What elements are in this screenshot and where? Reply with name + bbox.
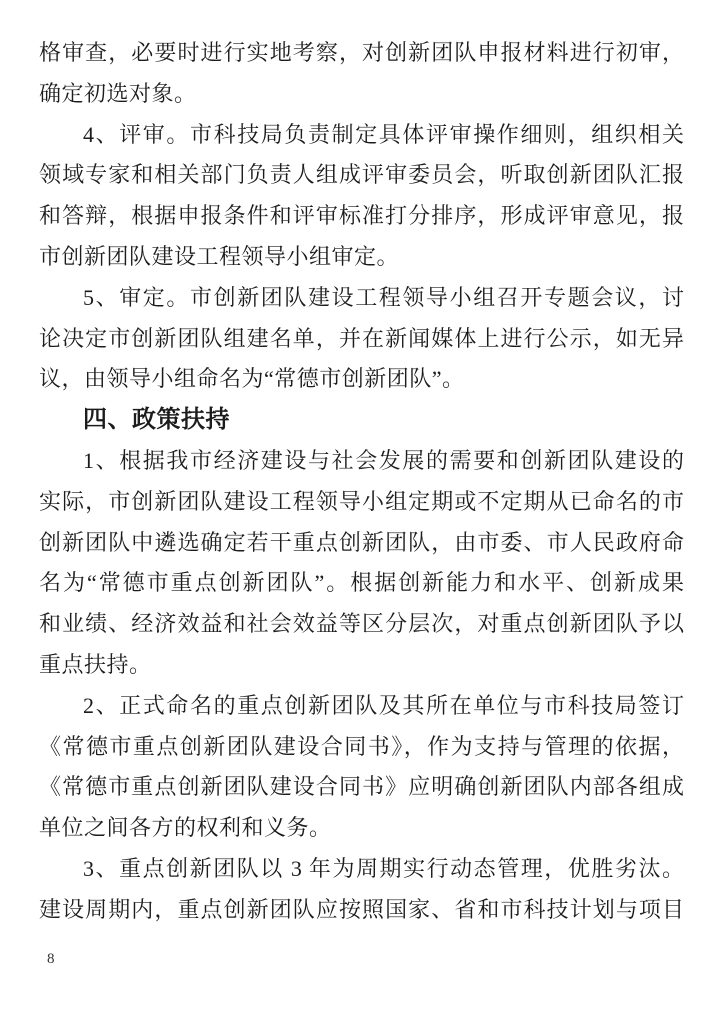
text-line-item-5: 5、审定。市创新团队建设工程领导小组召开专题会议，讨 [39,278,684,319]
text-line: 《常德市重点创新团队建设合同书》，作为支持与管理的依据， [39,727,684,768]
text-line: 重点扶持。 [39,645,684,686]
text-line: 名为“常德市重点创新团队”。根据创新能力和水平、创新成果 [39,563,684,604]
text-line: 和答辩，根据申报条件和评审标准打分排序，形成评审意见，报 [39,196,684,237]
section-heading: 四、政策扶持 [39,400,684,441]
text-line: 创新团队中遴选确定若干重点创新团队，由市委、市人民政府命 [39,523,684,564]
text-line: 单位之间各方的权利和义务。 [39,808,684,849]
text-line-item-4: 4、评审。市科技局负责制定具体评审操作细则，组织相关 [39,115,684,156]
text-line: 议，由领导小组命名为“常德市创新团队”。 [39,359,684,400]
text-line: 市创新团队建设工程领导小组审定。 [39,237,684,278]
document-page: 格审查，必要时进行实地考察，对创新团队申报材料进行初审， 确定初选对象。 4、评… [0,0,720,1012]
text-line: 论决定市创新团队组建名单，并在新闻媒体上进行公示，如无异 [39,319,684,360]
text-line: 领域专家和相关部门负责人组成评审委员会，听取创新团队汇报 [39,155,684,196]
page-number: 8 [47,948,55,970]
text-line: 格审查，必要时进行实地考察，对创新团队申报材料进行初审， [39,33,684,74]
text-line: 确定初选对象。 [39,74,684,115]
text-line: 建设周期内，重点创新团队应按照国家、省和市科技计划与项目 [39,890,684,931]
text-line: 《常德市重点创新团队建设合同书》应明确创新团队内部各组成 [39,767,684,808]
text-line: 和业绩、经济效益和社会效益等区分层次，对重点创新团队予以 [39,604,684,645]
text-line-item-1: 1、根据我市经济建设与社会发展的需要和创新团队建设的 [39,441,684,482]
text-line: 实际，市创新团队建设工程领导小组定期或不定期从已命名的市 [39,482,684,523]
text-line-item-2: 2、正式命名的重点创新团队及其所在单位与市科技局签订 [39,686,684,727]
text-line-item-3: 3、重点创新团队以 3 年为周期实行动态管理，优胜劣汰。 [39,849,684,890]
document-body: 格审查，必要时进行实地考察，对创新团队申报材料进行初审， 确定初选对象。 4、评… [39,33,684,931]
